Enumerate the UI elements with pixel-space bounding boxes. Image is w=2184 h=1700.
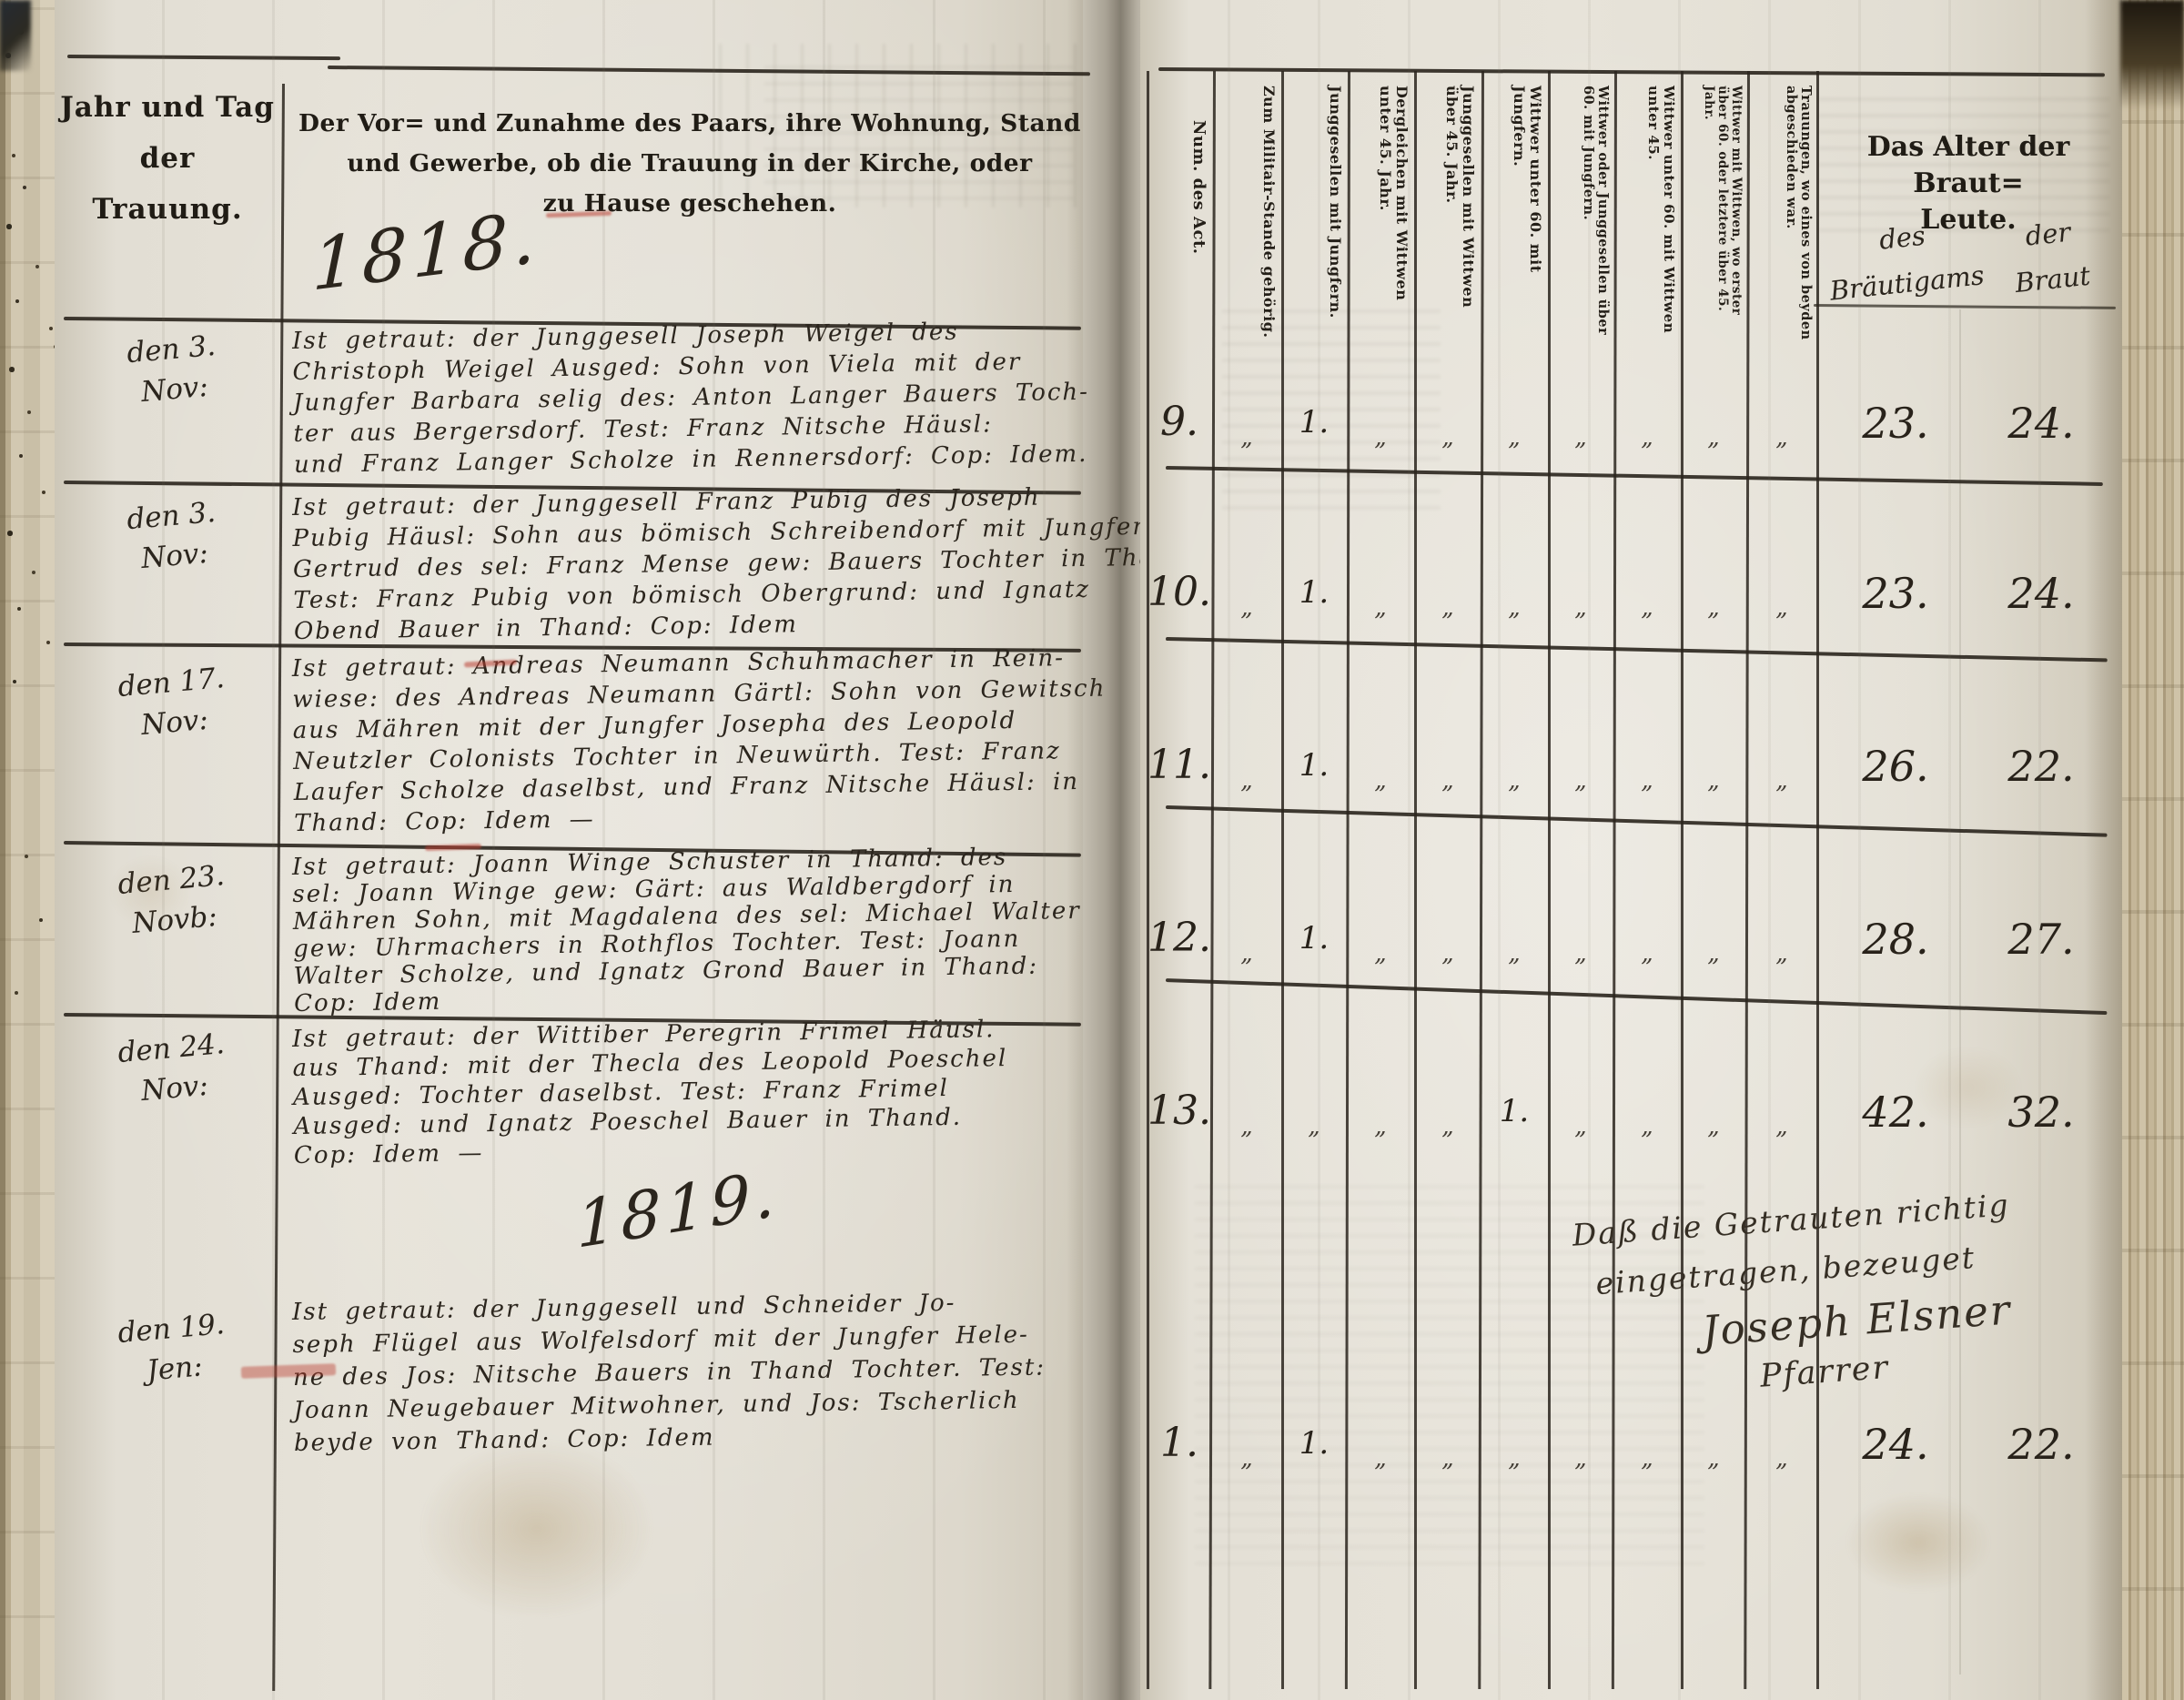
year-heading-1819: 1819. xyxy=(576,1152,802,1263)
cell: 1. xyxy=(1282,574,1346,611)
entry-date: den 19.Jen: xyxy=(70,1300,277,1398)
row-rule xyxy=(64,317,1081,330)
paper-crease xyxy=(1959,309,1961,1675)
col-header-trauungen-abgeschieden: Trauungen, wo eines von beyden abgeschie… xyxy=(1756,86,1813,345)
red-smudge-mark xyxy=(241,1363,336,1379)
col-header-dergleichen-wittwen-u45: Dergleichen mit Wittwen unter 45. Jahr. xyxy=(1355,86,1410,345)
cell: „ xyxy=(1349,940,1412,967)
bleedthrough-ghost xyxy=(1818,86,2109,232)
cell: „ xyxy=(1615,940,1679,967)
pastor-attestation: Daß die Getrauten richtigeingetragen, be… xyxy=(1571,1179,2147,1408)
cell: „ xyxy=(1482,594,1546,622)
row-rule xyxy=(1166,978,2108,1015)
cell: „ xyxy=(1215,940,1279,967)
cell: 1. xyxy=(1282,747,1346,784)
paper-stain xyxy=(109,855,191,928)
table-row: 10.„1.„„„„„„„23.24. xyxy=(1140,569,2125,669)
column-rule xyxy=(1147,71,1149,1689)
cell: „ xyxy=(1482,424,1546,451)
cell: „ xyxy=(1416,767,1480,794)
cell: „ xyxy=(1682,1445,1745,1472)
cell: „ xyxy=(1482,940,1546,967)
cell: „ xyxy=(1349,1113,1412,1140)
cell: „ xyxy=(1682,767,1745,794)
column-header-date: Jahr und TagderTrauung. xyxy=(55,82,280,235)
col-header-wittwer-u60-jungfern: Wittwer unter 60. mit Jungfern. xyxy=(1489,86,1543,345)
cell: „ xyxy=(1416,940,1480,967)
row-rule xyxy=(1166,466,2103,486)
cell-groom-age: 26. xyxy=(1841,742,1950,791)
cell: „ xyxy=(1549,594,1613,622)
cell: „ xyxy=(1615,1445,1679,1472)
column-rule xyxy=(1208,71,1216,1689)
cell: „ xyxy=(1215,767,1279,794)
cell-bride-age: 24. xyxy=(1987,399,2096,448)
cell: „ xyxy=(1349,594,1412,622)
cell: „ xyxy=(1549,767,1613,794)
cell-num: 9. xyxy=(1148,399,1211,445)
cell-num: 13. xyxy=(1148,1088,1211,1134)
cell: „ xyxy=(1215,1113,1279,1140)
table-row: 1.„1.„„„„„„„24.22. xyxy=(1140,1420,2125,1520)
row-rule xyxy=(64,481,1081,495)
cell: „ xyxy=(1682,940,1745,967)
cell: „ xyxy=(1549,940,1613,967)
cell-bride-age: 22. xyxy=(1987,1420,2096,1469)
cell-num: 1. xyxy=(1148,1420,1211,1466)
cell: 1. xyxy=(1282,920,1346,956)
age-header: Das Alter der Braut=Leute. xyxy=(1818,129,2118,238)
table-row: 9.„1.„„„„„„„23.24. xyxy=(1140,399,2125,499)
cell: „ xyxy=(1416,1113,1480,1140)
cell: „ xyxy=(1349,767,1412,794)
red-underline-mark xyxy=(546,211,612,218)
cell-num: 10. xyxy=(1148,569,1211,615)
cell-num: 11. xyxy=(1148,742,1211,788)
cell: „ xyxy=(1416,1445,1480,1472)
entry-date: den 23.Novb: xyxy=(70,852,277,949)
row-rule xyxy=(1166,805,2108,837)
column-rule xyxy=(1281,71,1284,1689)
cell: „ xyxy=(1416,594,1480,622)
entry-text: Ist getraut: der Junggesell Joseph Weige… xyxy=(292,315,1082,481)
bleedthrough-ghost xyxy=(1222,300,1441,510)
column-rule xyxy=(1548,71,1551,1689)
entry-date: den 24.Nov: xyxy=(70,1020,277,1118)
cell: „ xyxy=(1750,1113,1814,1140)
column-rule xyxy=(1681,71,1683,1689)
cell: 1. xyxy=(1482,1093,1546,1129)
row-rule xyxy=(64,643,1081,653)
right-page: Num. des Act. Zum Militair-Stande gehöri… xyxy=(1140,0,2125,1700)
cell: „ xyxy=(1349,1445,1412,1472)
year-heading-1818: 1818. xyxy=(311,197,539,307)
col-header-junggesellen-jungfern: Junggesellen mit Jungfern. xyxy=(1289,86,1343,345)
paper-stain xyxy=(1914,1047,2023,1128)
cell-groom-age: 23. xyxy=(1841,399,1950,448)
column-rule xyxy=(1345,71,1350,1689)
left-page: Jahr und TagderTrauung. Der Vor= und Zun… xyxy=(55,0,1083,1700)
bleedthrough-ghost xyxy=(764,55,1074,200)
table-row: 12.„1.„„„„„„„28.27. xyxy=(1140,915,2125,1015)
top-left-binding-shadow xyxy=(0,0,31,71)
cell: „ xyxy=(1549,1445,1613,1472)
cell: „ xyxy=(1349,424,1412,451)
cell: „ xyxy=(1682,1113,1745,1140)
cell: „ xyxy=(1482,1445,1546,1472)
cell: „ xyxy=(1750,767,1814,794)
scanned-register-spread: Jahr und TagderTrauung. Der Vor= und Zun… xyxy=(0,0,2184,1700)
entry-date: den 3.Nov: xyxy=(70,321,277,419)
entry-date: den 17.Nov: xyxy=(70,654,277,752)
col-header-junggesellen-wittwen-ue45: Junggesellen mit Wittwen über 45. Jahr. xyxy=(1421,86,1476,345)
cell-groom-age: 23. xyxy=(1841,569,1950,618)
age-header-rule xyxy=(1814,304,2116,309)
cell-groom-age: 42. xyxy=(1841,1088,1950,1137)
column-rule xyxy=(1414,71,1417,1689)
top-rule xyxy=(1158,67,2105,76)
cell: „ xyxy=(1549,424,1613,451)
bleedthrough-ghost xyxy=(1195,1183,1704,1565)
cell-bride-age: 22. xyxy=(1987,742,2096,791)
red-underline-mark xyxy=(464,659,517,667)
column-divider-rule xyxy=(272,84,285,1691)
cell: „ xyxy=(1615,1113,1679,1140)
col-header-num-des-act: Num. des Act. xyxy=(1155,86,1208,379)
red-underline-mark xyxy=(425,844,481,851)
table-row: 11.„1.„„„„„„„26.22. xyxy=(1140,742,2125,842)
cell: 1. xyxy=(1282,404,1346,440)
cell: „ xyxy=(1682,594,1745,622)
cell: „ xyxy=(1615,424,1679,451)
row-rule xyxy=(64,841,1081,857)
paper-stain xyxy=(419,1438,655,1620)
entry-text: Ist getraut: der Junggesell Franz Pubig … xyxy=(292,481,1082,647)
cell: „ xyxy=(1215,594,1279,622)
cell-bride-age: 27. xyxy=(1987,915,2096,964)
col-header-wittwer-u60-wittwen-u45: Wittwer unter 60. mit Wittwen unter 45. xyxy=(1622,86,1676,345)
cell: „ xyxy=(1215,424,1279,451)
cell-groom-age: 24. xyxy=(1841,1420,1950,1469)
paper-stain xyxy=(1845,1493,1991,1593)
top-rule xyxy=(328,66,1090,76)
column-rule xyxy=(1816,71,1819,1689)
cell-bride-age: 32. xyxy=(1987,1088,2096,1137)
cell: „ xyxy=(1615,594,1679,622)
right-page-stack-edge xyxy=(2122,0,2184,1700)
entry-text: Ist getraut: Joann Winge Schuster in Tha… xyxy=(292,843,1082,1017)
cell-groom-age: 28. xyxy=(1841,915,1950,964)
column-rule xyxy=(1612,71,1617,1689)
bleedthrough-ghost xyxy=(719,44,1092,207)
row-rule xyxy=(1166,637,2108,662)
cell: „ xyxy=(1416,424,1480,451)
col-header-wittwer-ue60-jungfern: Wittwer oder Junggesellen über 60. mit J… xyxy=(1555,86,1610,345)
entry-text: Ist getraut: Andreas Neumann Schuhmacher… xyxy=(292,643,1083,839)
table-row: 13.„„„„1.„„„„42.32. xyxy=(1140,1088,2125,1188)
cell: „ xyxy=(1750,424,1814,451)
cell: „ xyxy=(1615,767,1679,794)
cell: „ xyxy=(1682,424,1745,451)
cell: „ xyxy=(1215,1445,1279,1472)
top-rule xyxy=(67,55,340,60)
cell: „ xyxy=(1750,594,1814,622)
cell: „ xyxy=(1482,767,1546,794)
cell-num: 12. xyxy=(1148,915,1211,961)
entry-text: Ist getraut: der Wittiber Peregrin Frime… xyxy=(292,1014,1082,1170)
cell-bride-age: 24. xyxy=(1987,569,2096,618)
entry-date: den 3.Nov: xyxy=(70,488,277,585)
cell: „ xyxy=(1750,940,1814,967)
col-header-militair: Zum Militair-Stande gehörig. xyxy=(1220,86,1277,345)
column-rule xyxy=(1478,71,1484,1689)
entry-text: Ist getraut: der Junggesell und Schneide… xyxy=(292,1285,1082,1460)
col-header-wittwer-wittwen-ue60: Wittwer mit Wittwen, wo erster über 60. … xyxy=(1688,86,1743,345)
cell: 1. xyxy=(1282,1425,1346,1462)
cell: „ xyxy=(1750,1445,1814,1472)
top-right-edge-shadow xyxy=(2120,0,2184,109)
cell: „ xyxy=(1549,1113,1613,1140)
row-rule xyxy=(64,1013,1081,1027)
column-rule xyxy=(1744,71,1750,1689)
groom-age-label: desBräutigams xyxy=(1805,205,2004,315)
column-header-couple: Der Vor= und Zunahme des Paars, ihre Woh… xyxy=(293,104,1087,224)
cell: „ xyxy=(1282,1113,1346,1140)
